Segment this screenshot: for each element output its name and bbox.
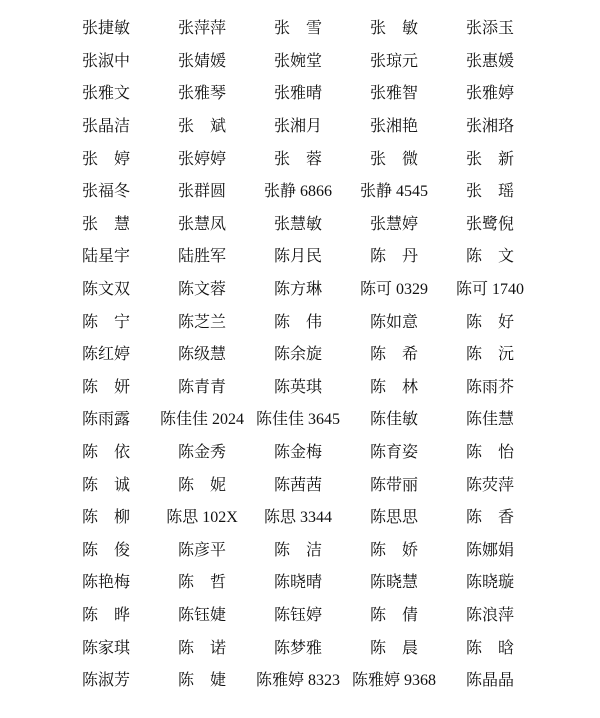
name-cell: 陈方琳: [250, 282, 346, 298]
name-cell: 张婧媛: [154, 54, 250, 70]
name-cell: 陈晶晶: [442, 673, 538, 689]
name-cell: 陈红婷: [58, 347, 154, 363]
name-cell: 张 雪: [250, 21, 346, 37]
name-cell: 张慧婷: [346, 217, 442, 233]
name-cell: 陈 娇: [346, 543, 442, 559]
name-cell: 张惠媛: [442, 54, 538, 70]
name-cell: 陈家琪: [58, 641, 154, 657]
name-cell: 陈 依: [58, 445, 154, 461]
name-cell: 陈 文: [442, 249, 538, 265]
name-cell: 陈佳佳 3645: [250, 412, 346, 428]
name-cell: 陈 好: [442, 315, 538, 331]
name-cell: 陈 妮: [154, 478, 250, 494]
name-cell: 张婉堂: [250, 54, 346, 70]
name-cell: 陈 晨: [346, 641, 442, 657]
name-cell: 陈钰婕: [154, 608, 250, 624]
name-cell: 陈 宁: [58, 315, 154, 331]
name-cell: 陈佳佳 2024: [154, 412, 250, 428]
name-cell: 张福冬: [58, 184, 154, 200]
name-cell: 张 敏: [346, 21, 442, 37]
name-cell: 陈 柳: [58, 510, 154, 526]
name-cell: 陆星宇: [58, 249, 154, 265]
name-cell: 陈 怡: [442, 445, 538, 461]
name-cell: 陈雨芥: [442, 380, 538, 396]
name-cell: 张湘艳: [346, 119, 442, 135]
name-cell: 张湘珞: [442, 119, 538, 135]
name-cell: 陈 希: [346, 347, 442, 363]
name-cell: 陈 沅: [442, 347, 538, 363]
name-cell: 陈彦平: [154, 543, 250, 559]
name-cell: 张萍萍: [154, 21, 250, 37]
name-cell: 陈可 0329: [346, 282, 442, 298]
name-cell: 陈英琪: [250, 380, 346, 396]
name-cell: 张 瑶: [442, 184, 538, 200]
name-cell: 张添玉: [442, 21, 538, 37]
name-cell: 陈浪萍: [442, 608, 538, 624]
name-cell: 张雅琴: [154, 86, 250, 102]
name-cell: 陈淑芳: [58, 673, 154, 689]
name-cell: 陈青青: [154, 380, 250, 396]
name-cell: 陈梦雅: [250, 641, 346, 657]
name-cell: 陈文双: [58, 282, 154, 298]
name-cell: 陈金梅: [250, 445, 346, 461]
name-cell: 陈金秀: [154, 445, 250, 461]
name-cell: 张婷婷: [154, 152, 250, 168]
name-cell: 张静 4545: [346, 184, 442, 200]
name-cell: 张 微: [346, 152, 442, 168]
name-cell: 张 蓉: [250, 152, 346, 168]
name-cell: 张 婷: [58, 152, 154, 168]
name-cell: 张静 6866: [250, 184, 346, 200]
name-cell: 陈 俊: [58, 543, 154, 559]
name-cell: 张慧敏: [250, 217, 346, 233]
name-cell: 陈 晔: [58, 608, 154, 624]
name-cell: 张鹭倪: [442, 217, 538, 233]
name-cell: 陈 香: [442, 510, 538, 526]
name-cell: 陈艳梅: [58, 575, 154, 591]
name-cell: 张琼元: [346, 54, 442, 70]
name-cell: 陈佳慧: [442, 412, 538, 428]
name-cell: 张 慧: [58, 217, 154, 233]
name-cell: 陈晓慧: [346, 575, 442, 591]
name-cell: 张 新: [442, 152, 538, 168]
name-cell: 陈晓璇: [442, 575, 538, 591]
name-cell: 陈 洁: [250, 543, 346, 559]
name-cell: 陈雨露: [58, 412, 154, 428]
name-cell: 张慧凤: [154, 217, 250, 233]
name-cell: 陈 婕: [154, 673, 250, 689]
name-cell: 陈茜茜: [250, 478, 346, 494]
name-cell: 陈晓晴: [250, 575, 346, 591]
name-cell: 张雅晴: [250, 86, 346, 102]
name-cell: 张雅婷: [442, 86, 538, 102]
name-cell: 张淑中: [58, 54, 154, 70]
name-cell: 张雅文: [58, 86, 154, 102]
name-cell: 陈如意: [346, 315, 442, 331]
name-cell: 陈级慧: [154, 347, 250, 363]
name-cell: 陈 倩: [346, 608, 442, 624]
name-cell: 陈 丹: [346, 249, 442, 265]
name-cell: 陈月民: [250, 249, 346, 265]
name-cell: 陈 诺: [154, 641, 250, 657]
name-cell: 陈思思: [346, 510, 442, 526]
name-cell: 陈育姿: [346, 445, 442, 461]
name-cell: 陈芝兰: [154, 315, 250, 331]
name-cell: 陈文蓉: [154, 282, 250, 298]
name-cell: 张群圆: [154, 184, 250, 200]
name-cell: 陈 哲: [154, 575, 250, 591]
name-grid: 张捷敏张萍萍张 雪张 敏张添玉张淑中张婧媛张婉堂张琼元张惠媛张雅文张雅琴张雅晴张…: [58, 13, 600, 697]
name-cell: 陈 晗: [442, 641, 538, 657]
name-cell: 陈雅婷 8323: [250, 673, 346, 689]
name-cell: 陈 诚: [58, 478, 154, 494]
name-cell: 陈 妍: [58, 380, 154, 396]
document-page: 张捷敏张萍萍张 雪张 敏张添玉张淑中张婧媛张婉堂张琼元张惠媛张雅文张雅琴张雅晴张…: [0, 0, 600, 718]
name-cell: 陈钰婷: [250, 608, 346, 624]
name-cell: 张 斌: [154, 119, 250, 135]
name-cell: 陈荧萍: [442, 478, 538, 494]
name-cell: 张捷敏: [58, 21, 154, 37]
name-cell: 张雅智: [346, 86, 442, 102]
name-cell: 陈佳敏: [346, 412, 442, 428]
name-cell: 陈 林: [346, 380, 442, 396]
name-cell: 陈雅婷 9368: [346, 673, 442, 689]
name-cell: 陈余旋: [250, 347, 346, 363]
name-cell: 陈带丽: [346, 478, 442, 494]
name-cell: 陆胜军: [154, 249, 250, 265]
name-cell: 陈思 102X: [154, 510, 250, 526]
name-cell: 张湘月: [250, 119, 346, 135]
name-cell: 张晶洁: [58, 119, 154, 135]
name-cell: 陈娜娟: [442, 543, 538, 559]
name-cell: 陈思 3344: [250, 510, 346, 526]
name-cell: 陈可 1740: [442, 282, 538, 298]
name-cell: 陈 伟: [250, 315, 346, 331]
